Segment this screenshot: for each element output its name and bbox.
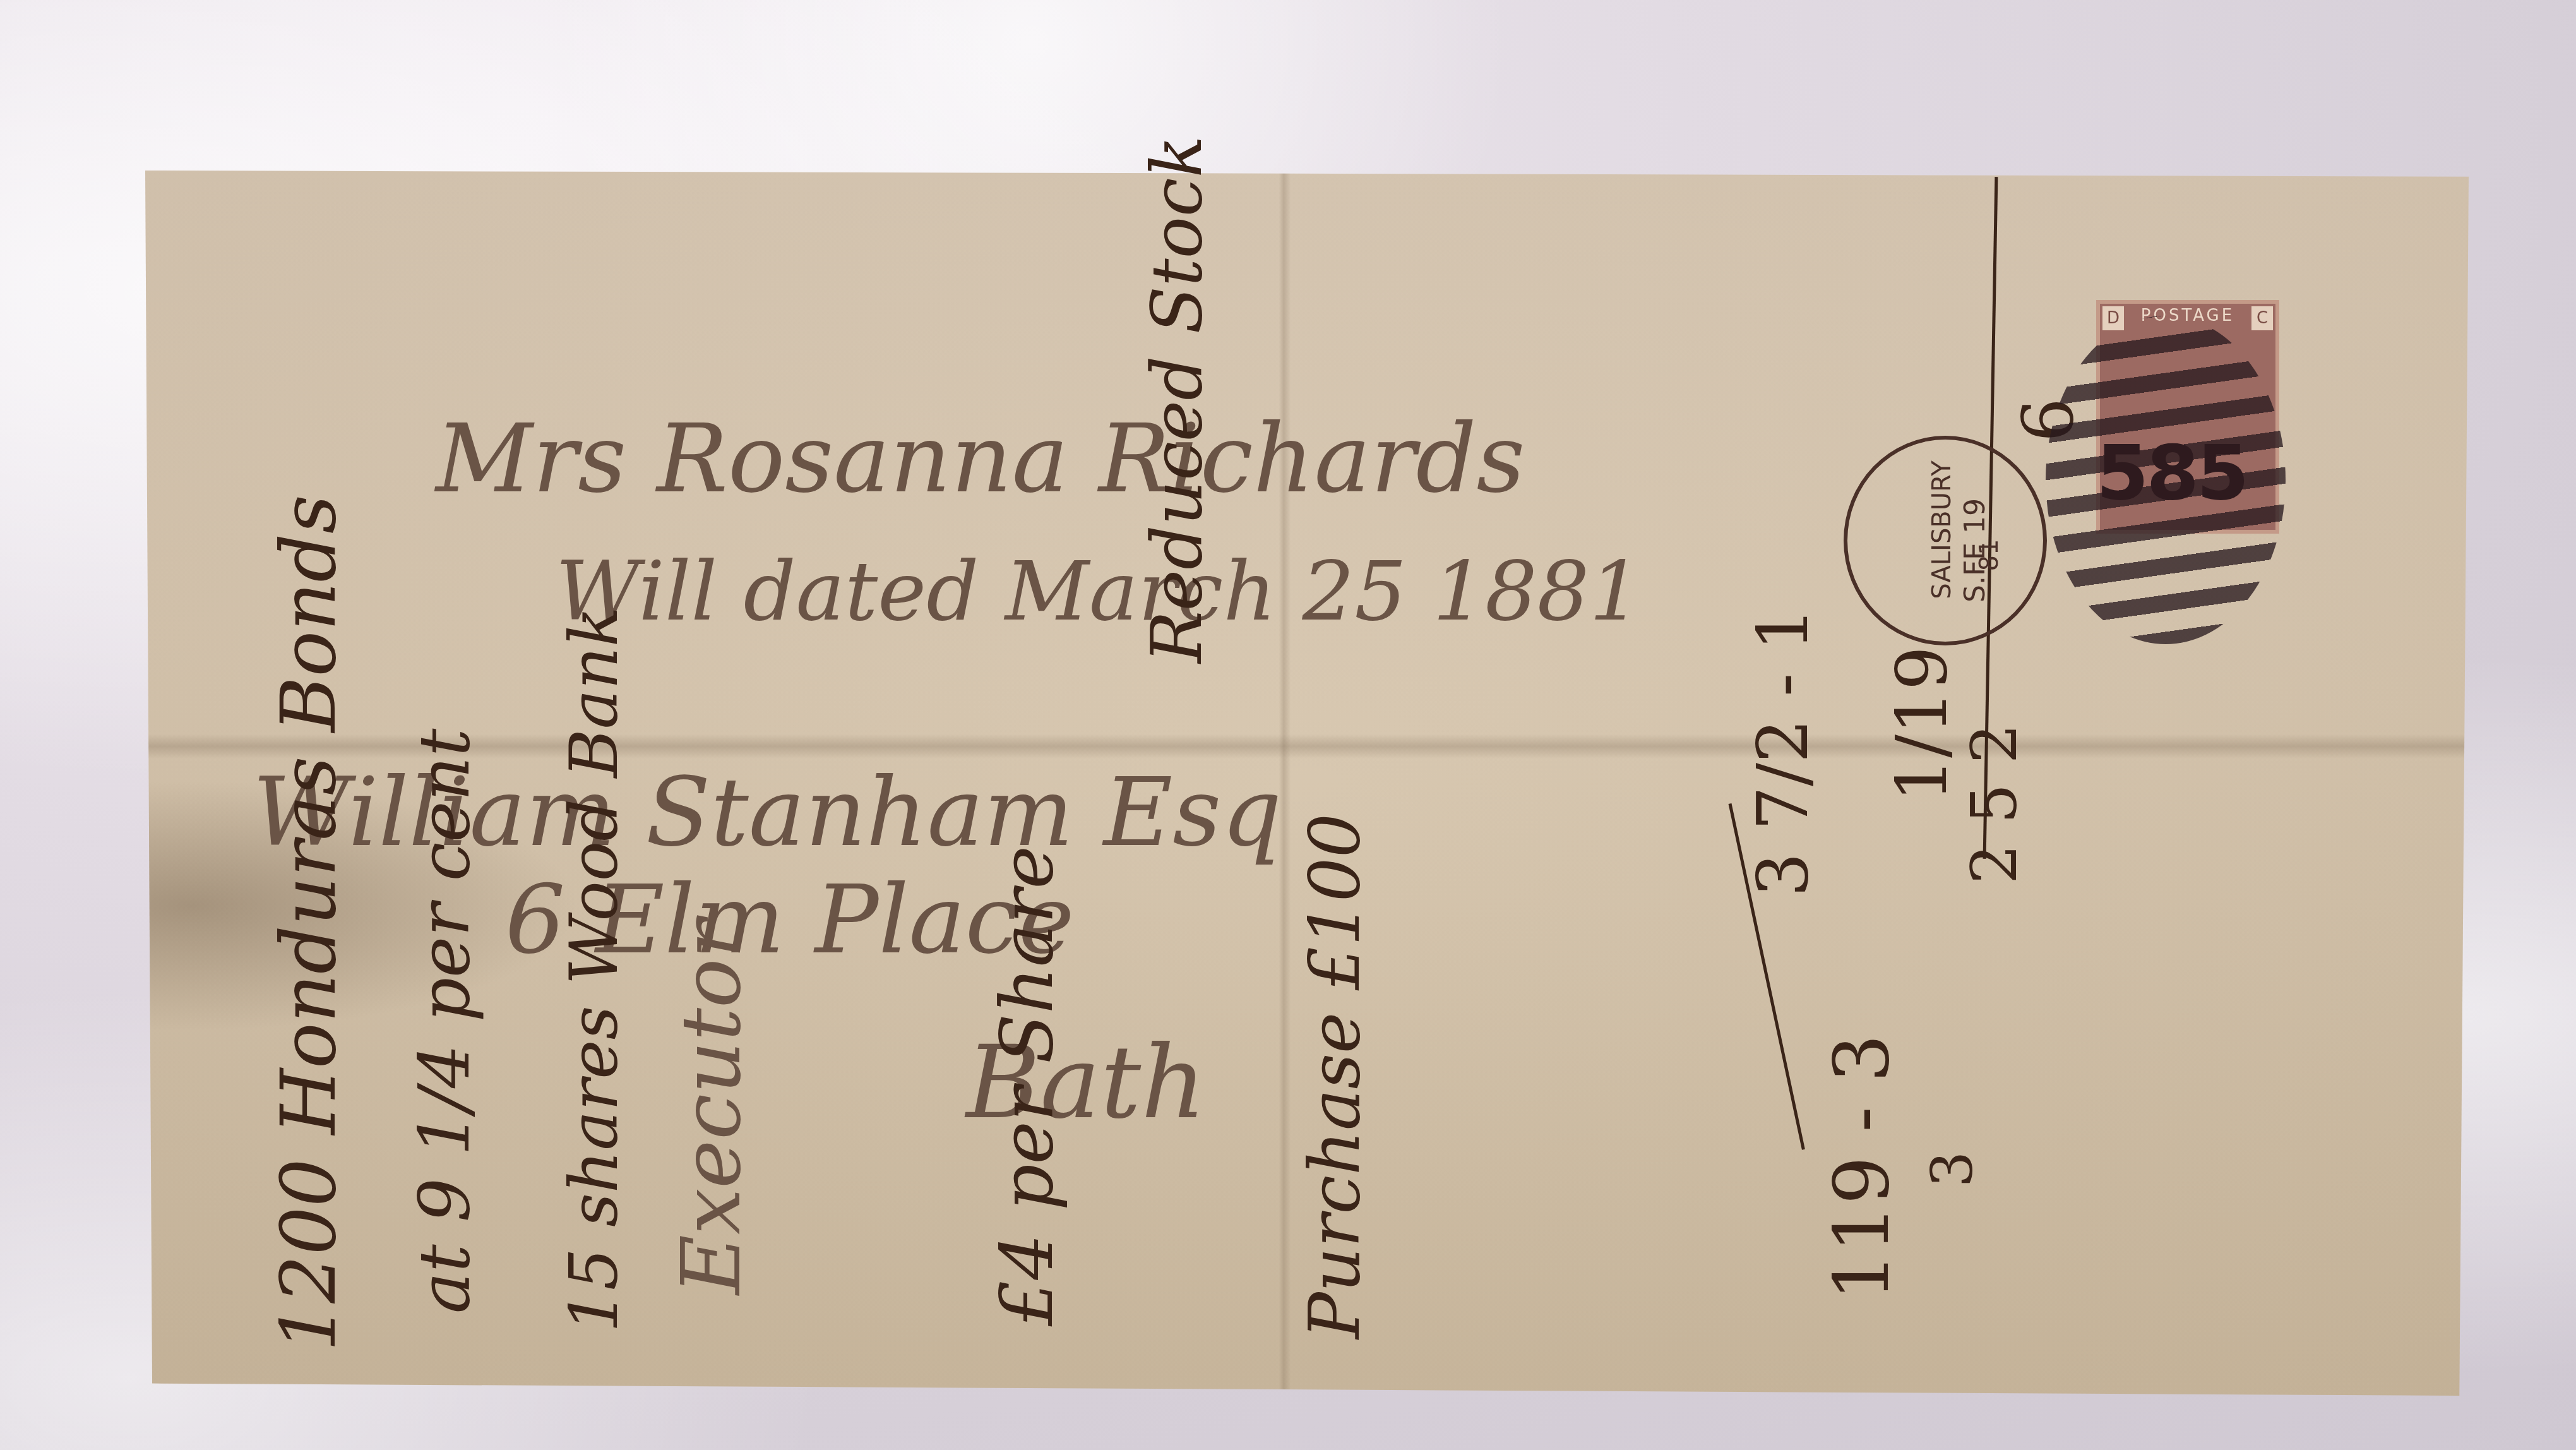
postmark-year: 81 [1975,539,2004,572]
calc-1: 3 7/2 - 1 [1743,607,1823,897]
calc-2: 1/19 [1881,646,1962,802]
postmark-town: SALISBURY [1928,460,1957,599]
note-per-cent: at 9 1/4 per cent [404,728,485,1314]
salisbury-postmark: SALISBURY S.FE 19 81 [1844,436,2047,645]
note-per-share: £4 per Share [985,846,1070,1326]
calc-5: 3 [1919,1151,1986,1187]
note-reduced-stock: Reduced Stock [1136,136,1217,663]
calc-4: 119 - 3 [1818,1034,1906,1301]
note-purchase: Purchase £100 [1294,813,1375,1339]
addressee-name: Mrs Rosanna Richards [436,404,1525,514]
calc-3: 2 5 2 [1957,724,2031,884]
note-honduras-bonds: 1200 Honduras Bonds [265,494,353,1351]
note-shares: 15 shares Wood Bank [556,606,633,1333]
stamp-corner-right: C [2251,306,2273,330]
note-executor: Executor [663,920,759,1295]
cancel-number: 585 [2096,429,2247,517]
will-date: Will dated March 25 1881 [556,543,1642,639]
